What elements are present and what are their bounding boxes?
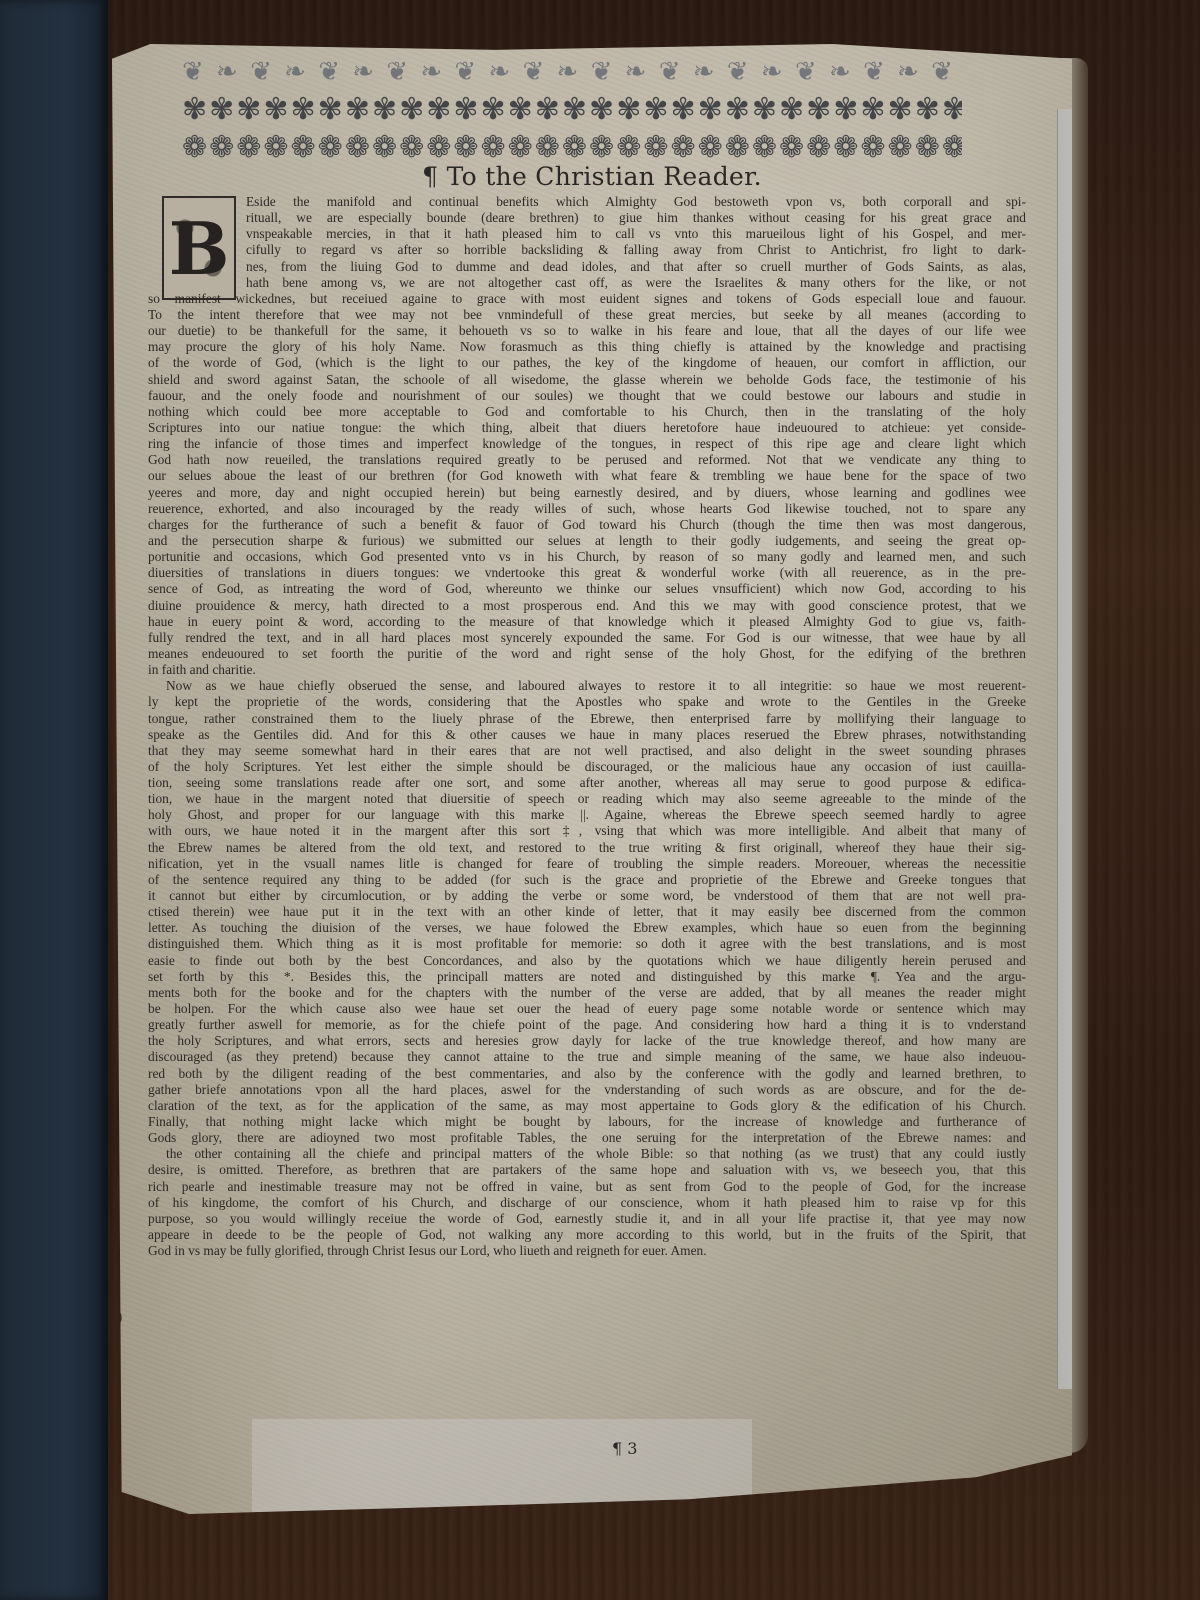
text-line: Eside the manifold and continual benefit… (148, 194, 1026, 210)
book-page: ❦ ❧ ❦ ❧ ❦ ❧ ❦ ❧ ❦ ❧ ❦ ❧ ❦ ❧ ❦ ❧ ❦ ❧ ❦ ❧ … (112, 44, 1072, 1514)
book-cover-spine (0, 0, 108, 1600)
text-line: nification, yet in the vsuall names litl… (148, 856, 1026, 872)
text-line: Scriptures into our natiue tongue: the w… (148, 420, 1026, 436)
text-line: of his kingdome, the comfort of his Chur… (148, 1195, 1026, 1211)
text-line: may procure the glory of his holy Name. … (148, 339, 1026, 355)
text-line: purpose, so you would willingly receiue … (148, 1211, 1026, 1227)
text-line: letter. As touching the diuision of the … (148, 920, 1026, 936)
text-line: Finally, that nothing might lacke which … (148, 1114, 1026, 1130)
text-line: nes, from the liuing God to dumme and de… (148, 259, 1026, 275)
text-line: reuerence, exhorted, and also incouraged… (148, 501, 1026, 517)
text-line: yeeres and more, day and night occupied … (148, 485, 1026, 501)
text-line: of the worde of God, (which is the light… (148, 355, 1026, 371)
text-line: set forth by this *. Besides this, the p… (148, 969, 1026, 985)
text-line: tion, seeing some translations reade aft… (148, 775, 1026, 791)
text-line: shield and sword against Satan, the scho… (148, 372, 1026, 388)
text-line: the Ebrew names be altered from the old … (148, 840, 1026, 856)
text-line: that they may seeme somewhat hard in the… (148, 743, 1026, 759)
text-line: Gods glory, there are adioyned two most … (148, 1130, 1026, 1146)
text-line: the holy Scriptures, and what errors, se… (148, 1033, 1026, 1049)
text-line: with ours, we haue noted it in the marge… (148, 823, 1026, 839)
text-line: be holpen. For the which cause also wee … (148, 1001, 1026, 1017)
text-line: tion, we haue in the margent noted that … (148, 791, 1026, 807)
text-line: our selues aboue the least of our brethr… (148, 468, 1026, 484)
text-line: distinguished them. Which thing as it is… (148, 936, 1026, 952)
text-line: red both by the diligent reading of the … (148, 1066, 1026, 1082)
text-line: claration of the text, as for the applic… (148, 1098, 1026, 1114)
text-line: fully rendred the text, and in all hard … (148, 630, 1026, 646)
text-line: the other containing all the chiefe and … (148, 1146, 1026, 1162)
ornament-row: ❦ ❧ ❦ ❧ ❦ ❧ ❦ ❧ ❦ ❧ ❦ ❧ ❦ ❧ ❦ ❧ ❦ ❧ ❦ ❧ … (182, 54, 962, 90)
text-line: so manifest wickednes, but receiued agai… (148, 291, 1026, 307)
text-line: cifully to regard vs after so horrible b… (148, 242, 1026, 258)
text-line: gather briefe annotations vpon all the h… (148, 1082, 1026, 1098)
text-line: sence of God, as intreating the word of … (148, 581, 1026, 597)
text-line: ring the infancie of those times and imp… (148, 436, 1026, 452)
text-line: appeare in deede to be the people of God… (148, 1227, 1026, 1243)
text-line: ctised therein) wee haue put it in the t… (148, 904, 1026, 920)
page-heading: ¶ To the Christian Reader. (112, 162, 1072, 191)
text-line: diuersities of translations in diuers to… (148, 565, 1026, 581)
text-line: discouraged (as they pretend) because th… (148, 1049, 1026, 1065)
text-line: Now as we haue chiefly obserued the sens… (148, 678, 1026, 694)
text-line: To the intent therefore that wee may not… (148, 307, 1026, 323)
text-line: ments both for the booke and for the cha… (148, 985, 1026, 1001)
text-line: diuine prouidence & mercy, hath directed… (148, 598, 1026, 614)
text-line: ly kept the proprietie of the words, con… (148, 694, 1026, 710)
text-line: and the persecution sharpe & furious) we… (148, 533, 1026, 549)
text-line: nothing which could bee more acceptable … (148, 404, 1026, 420)
text-line: portunitie and occasions, which God pres… (148, 549, 1026, 565)
text-line: in faith and charitie. (148, 662, 1026, 678)
text-line: speake as the Gentiles did. And for this… (148, 727, 1026, 743)
text-line: hath bene among vs, we are not altogethe… (148, 275, 1026, 291)
text-line: of the sentence required any thing to be… (148, 872, 1026, 888)
ornament-row: ✾✾✾✾✾✾✾✾✾✾✾✾✾✾✾✾✾✾✾✾✾✾✾✾✾✾✾✾✾✾✾✾✾✾✾✾✾✾ (182, 92, 962, 128)
text-line: fauour, and the onely foode and nourishm… (148, 388, 1026, 404)
text-line: easie to finde out both by the best Conc… (148, 953, 1026, 969)
preface-text: Eside the manifold and continual benefit… (148, 194, 1026, 1259)
text-line: tongue, rather constrained them to the l… (148, 711, 1026, 727)
text-line: charges for the furtherance of such a be… (148, 517, 1026, 533)
ornament-row: ❁❁❁❁❁❁❁❁❁❁❁❁❁❁❁❁❁❁❁❁❁❁❁❁❁❁❁❁❁❁❁❁❁❁❁❁❁❁ (182, 130, 962, 166)
text-line: it cannot but either by circumlocution, … (148, 888, 1026, 904)
text-line: greatly further aswell for memorie, as f… (148, 1017, 1026, 1033)
text-line: God in vs may be fully glorified, throug… (148, 1243, 1026, 1259)
text-line: rich pearle and inestimable treasure may… (148, 1179, 1026, 1195)
text-line: desire, is omitted. Therefore, as brethr… (148, 1162, 1026, 1178)
text-line: of the holy Scriptures. Yet lest either … (148, 759, 1026, 775)
text-line: vnspeakable mercies, in that it hath ple… (148, 226, 1026, 242)
text-line: meanes endeuoured to set foorth the puri… (148, 646, 1026, 662)
ornamental-header-band: ❦ ❧ ❦ ❧ ❦ ❧ ❦ ❧ ❦ ❧ ❦ ❧ ❦ ❧ ❦ ❧ ❦ ❧ ❦ ❧ … (182, 54, 962, 169)
text-line: our duetie) to be thankefull for the sam… (148, 323, 1026, 339)
text-line: God hath now reueiled, the translations … (148, 452, 1026, 468)
text-line: rituall, we are especially bounde (deare… (148, 210, 1026, 226)
text-line: holy Ghost, and proper for our language … (148, 807, 1026, 823)
signature-mark: ¶ 3 (612, 1439, 637, 1458)
text-line: haue in euery point & word, according to… (148, 614, 1026, 630)
